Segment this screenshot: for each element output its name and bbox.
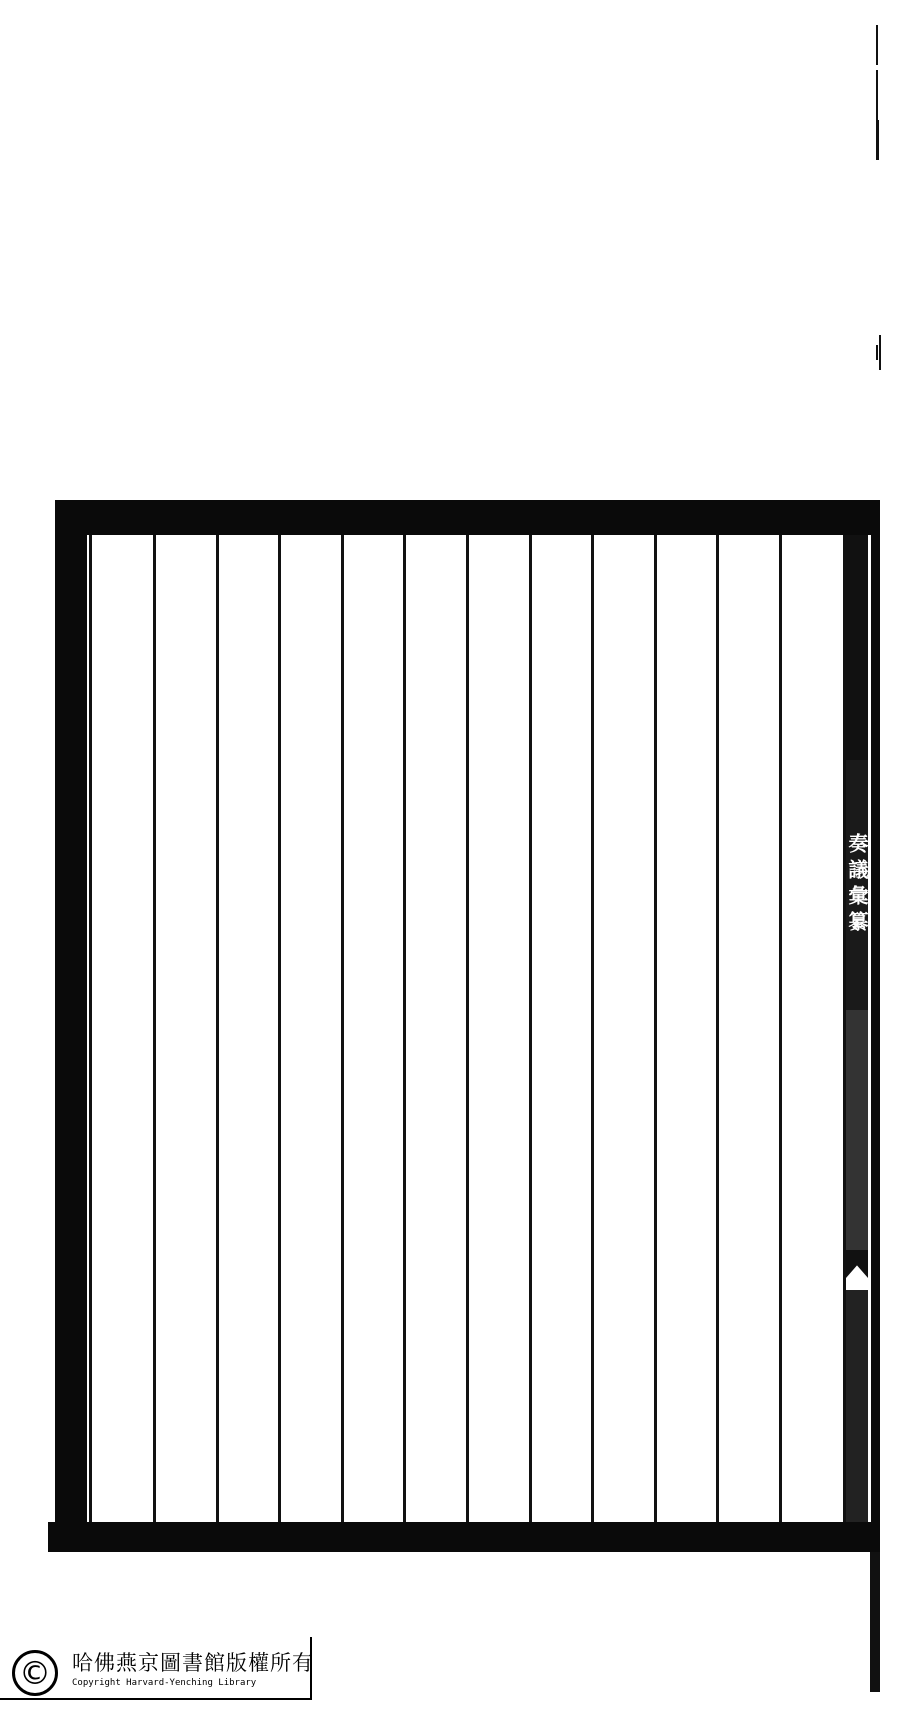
column-rule bbox=[466, 535, 469, 1522]
column-rule bbox=[779, 535, 782, 1522]
copyright-chinese: 哈佛燕京圖書館版權所有 bbox=[72, 1647, 314, 1677]
edge-mark bbox=[876, 345, 878, 360]
column-rule bbox=[529, 535, 532, 1522]
column-rule bbox=[716, 535, 719, 1522]
column-rule bbox=[591, 535, 594, 1522]
page-edge-shadow bbox=[870, 1552, 880, 1692]
edge-mark bbox=[877, 120, 879, 160]
column-rule bbox=[654, 535, 657, 1522]
spine-black-mouth-lower bbox=[846, 1290, 868, 1522]
frame-top-border bbox=[65, 500, 880, 535]
column-rule bbox=[341, 535, 344, 1522]
column-rule bbox=[216, 535, 219, 1522]
edge-mark bbox=[876, 25, 878, 65]
column-rule bbox=[153, 535, 156, 1522]
spine-title: 奏議彙纂 bbox=[846, 760, 868, 1010]
copyright-icon: © bbox=[12, 1650, 58, 1696]
frame-bottom-border bbox=[48, 1522, 880, 1552]
copyright-english: Copyright Harvard-Yenching Library bbox=[72, 1678, 256, 1688]
frame-inner-line bbox=[89, 535, 92, 1522]
column-rule bbox=[278, 535, 281, 1522]
column-rule bbox=[403, 535, 406, 1522]
spine-black-mouth bbox=[846, 535, 868, 760]
spine-lower-band bbox=[846, 1010, 868, 1250]
edge-mark bbox=[879, 335, 881, 370]
frame-left-border bbox=[55, 500, 87, 1552]
